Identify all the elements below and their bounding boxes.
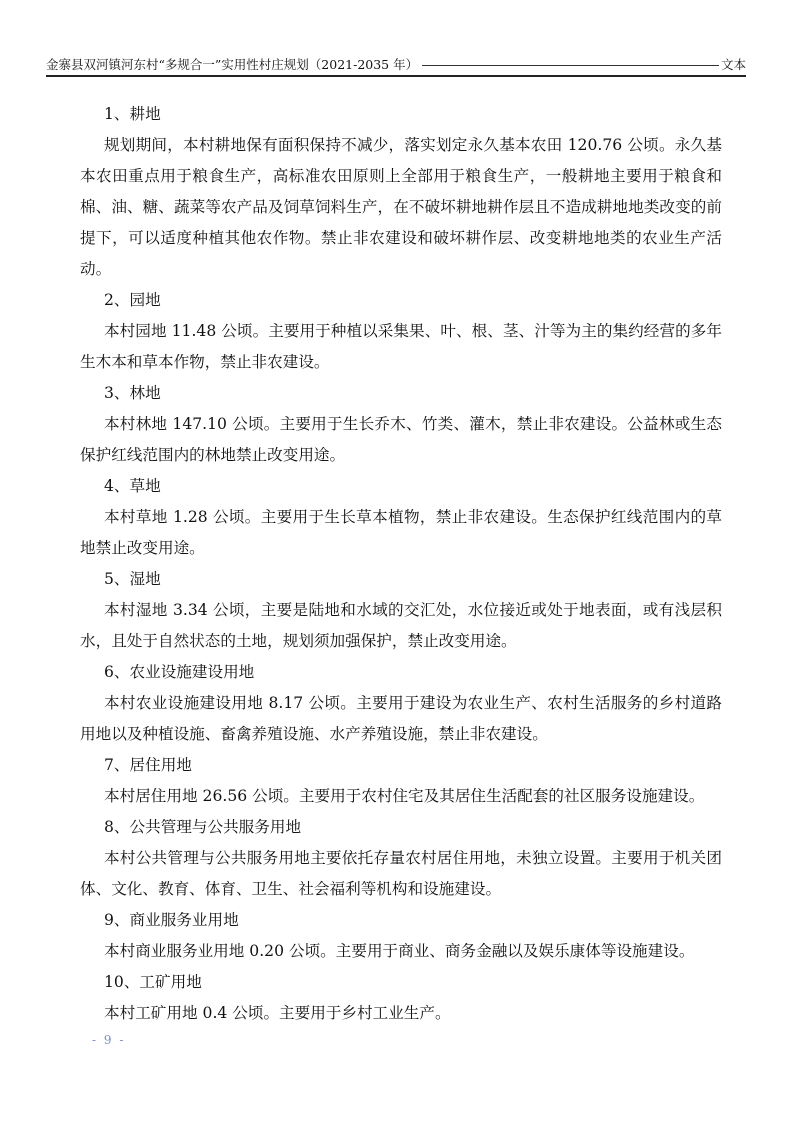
section-paragraph: 本村林地 147.10 公顷。主要用于生长乔木、竹类、灌木，禁止非农建设。公益林… — [80, 409, 722, 471]
document-title: 金寨县双河镇河东村“多规合一”实用性村庄规划（2021-2035 年） — [46, 55, 418, 75]
header-leader-line — [422, 65, 719, 66]
section-paragraph: 规划期间，本村耕地保有面积保持不减少，落实划定永久基本农田 120.76 公顷。… — [80, 130, 722, 285]
section-paragraph: 本村园地 11.48 公顷。主要用于种植以采集果、叶、根、茎、汁等为主的集约经营… — [80, 316, 722, 378]
section-heading: 8、公共管理与公共服务用地 — [80, 812, 722, 843]
section-paragraph: 本村农业设施建设用地 8.17 公顷。主要用于建设为农业生产、农村生活服务的乡村… — [80, 688, 722, 750]
section-paragraph: 本村居住用地 26.56 公顷。主要用于农村住宅及其居住生活配套的社区服务设施建… — [80, 781, 722, 812]
section-cultivated-land: 1、耕地 规划期间，本村耕地保有面积保持不减少，落实划定永久基本农田 120.7… — [80, 99, 722, 285]
section-public-service-land: 8、公共管理与公共服务用地 本村公共管理与公共服务用地主要依托存量农村居住用地，… — [80, 812, 722, 905]
section-heading: 7、居住用地 — [80, 750, 722, 781]
page-header: 金寨县双河镇河东村“多规合一”实用性村庄规划（2021-2035 年） 文本 — [46, 53, 746, 77]
section-agricultural-facility-land: 6、农业设施建设用地 本村农业设施建设用地 8.17 公顷。主要用于建设为农业生… — [80, 657, 722, 750]
document-type-label: 文本 — [721, 55, 746, 75]
section-grassland: 4、草地 本村草地 1.28 公顷。主要用于生长草本植物，禁止非农建设。生态保护… — [80, 471, 722, 564]
section-paragraph: 本村工矿用地 0.4 公顷。主要用于乡村工业生产。 — [80, 998, 722, 1029]
section-garden-land: 2、园地 本村园地 11.48 公顷。主要用于种植以采集果、叶、根、茎、汁等为主… — [80, 285, 722, 378]
section-paragraph: 本村公共管理与公共服务用地主要依托存量农村居住用地，未独立设置。主要用于机关团体… — [80, 843, 722, 905]
section-paragraph: 本村湿地 3.34 公顷，主要是陆地和水域的交汇处，水位接近或处于地表面，或有浅… — [80, 595, 722, 657]
page-number: - 9 - — [92, 1033, 125, 1047]
section-heading: 3、林地 — [80, 378, 722, 409]
section-heading: 9、商业服务业用地 — [80, 905, 722, 936]
section-paragraph: 本村草地 1.28 公顷。主要用于生长草本植物，禁止非农建设。生态保护红线范围内… — [80, 502, 722, 564]
section-residential-land: 7、居住用地 本村居住用地 26.56 公顷。主要用于农村住宅及其居住生活配套的… — [80, 750, 722, 812]
document-body: 1、耕地 规划期间，本村耕地保有面积保持不减少，落实划定永久基本农田 120.7… — [80, 99, 722, 1029]
section-heading: 2、园地 — [80, 285, 722, 316]
section-industrial-mining-land: 10、工矿用地 本村工矿用地 0.4 公顷。主要用于乡村工业生产。 — [80, 967, 722, 1029]
section-forest-land: 3、林地 本村林地 147.10 公顷。主要用于生长乔木、竹类、灌木，禁止非农建… — [80, 378, 722, 471]
section-heading: 5、湿地 — [80, 564, 722, 595]
section-wetland: 5、湿地 本村湿地 3.34 公顷，主要是陆地和水域的交汇处，水位接近或处于地表… — [80, 564, 722, 657]
section-heading: 1、耕地 — [80, 99, 722, 130]
section-commercial-land: 9、商业服务业用地 本村商业服务业用地 0.20 公顷。主要用于商业、商务金融以… — [80, 905, 722, 967]
section-heading: 6、农业设施建设用地 — [80, 657, 722, 688]
section-heading: 10、工矿用地 — [80, 967, 722, 998]
section-paragraph: 本村商业服务业用地 0.20 公顷。主要用于商业、商务金融以及娱乐康体等设施建设… — [80, 936, 722, 967]
section-heading: 4、草地 — [80, 471, 722, 502]
